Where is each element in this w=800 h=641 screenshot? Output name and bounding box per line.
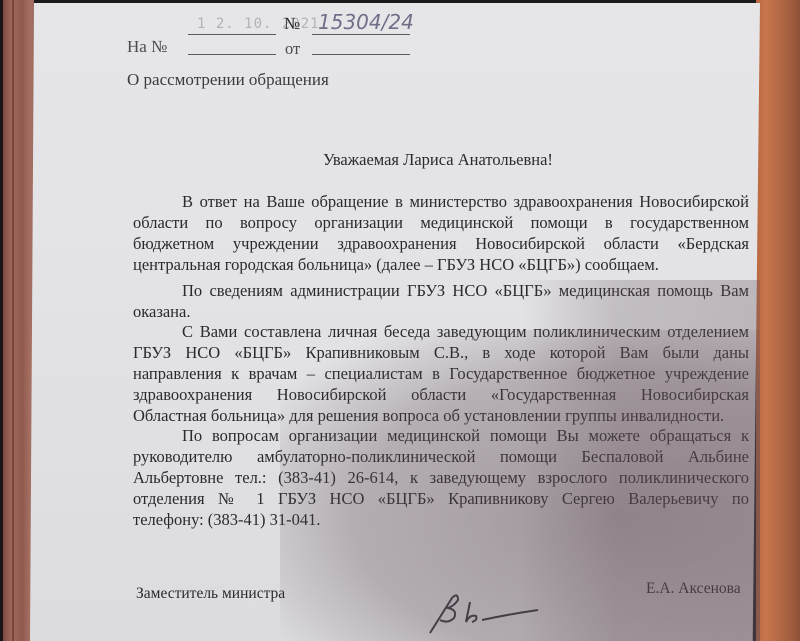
outgoing-number-handwritten: 15304/24 xyxy=(318,10,414,34)
number-label: № xyxy=(284,14,300,34)
paragraph-1-line-2: области по вопросу организации медицинск… xyxy=(133,213,749,233)
date-underline xyxy=(188,34,276,35)
number-underline xyxy=(312,34,410,35)
from-label: от xyxy=(285,39,300,59)
from-date-underline xyxy=(312,54,410,55)
paragraph-3-line-5: Областная больница» для решения вопроса … xyxy=(133,406,749,426)
wooden-surface-left xyxy=(0,0,34,641)
wooden-surface-right xyxy=(756,0,800,641)
reference-number-label: На № xyxy=(127,37,167,57)
paragraph-4-line-3: Альбертовне тел.: (383-41) 26-614, к зав… xyxy=(133,468,749,488)
paragraph-2-line-1: По сведениям администрации ГБУЗ НСО «БЦГ… xyxy=(182,281,749,301)
signatory-name: Е.А. Аксенова xyxy=(646,580,741,598)
paragraph-1-line-4: центральная городская больница» (далее –… xyxy=(133,255,749,275)
paragraph-4-line-4: отделения № 1 ГБУЗ НСО «БЦГБ» Крапивнико… xyxy=(133,489,749,509)
paragraph-2-line-2: оказана. xyxy=(133,302,749,322)
letter-date-stamp: 1 2. 10. 2021 xyxy=(197,16,320,32)
paragraph-1-line-1: В ответ на Ваше обращение в министерство… xyxy=(182,192,749,212)
paragraph-3-line-2: ГБУЗ НСО «БЦГБ» Крапивниковым С.В., в хо… xyxy=(133,343,749,363)
paragraph-4-line-2: руководителю амбулаторно-поликлинической… xyxy=(133,447,749,467)
paragraph-3-line-3: направления к врачам – специалистам в Го… xyxy=(133,364,749,384)
handwritten-signature xyxy=(400,588,560,641)
reference-number-underline xyxy=(188,54,276,55)
paragraph-1-line-3: бюджетном учреждении здравоохранения Нов… xyxy=(133,234,749,254)
letter-subject: О рассмотрении обращения xyxy=(127,70,329,90)
paragraph-3-line-4: здравоохранения Новосибирской области «Г… xyxy=(133,385,749,405)
salutation: Уважаемая Лариса Анатольевна! xyxy=(323,150,553,170)
paragraph-3-line-1: С Вами составлена личная беседа заведующ… xyxy=(182,322,749,342)
signatory-position: Заместитель министра xyxy=(136,585,285,603)
paragraph-4-line-5: телефону: (383-41) 31-041. xyxy=(133,510,749,530)
paragraph-4-line-1: По вопросам организации медицинской помо… xyxy=(182,426,749,446)
